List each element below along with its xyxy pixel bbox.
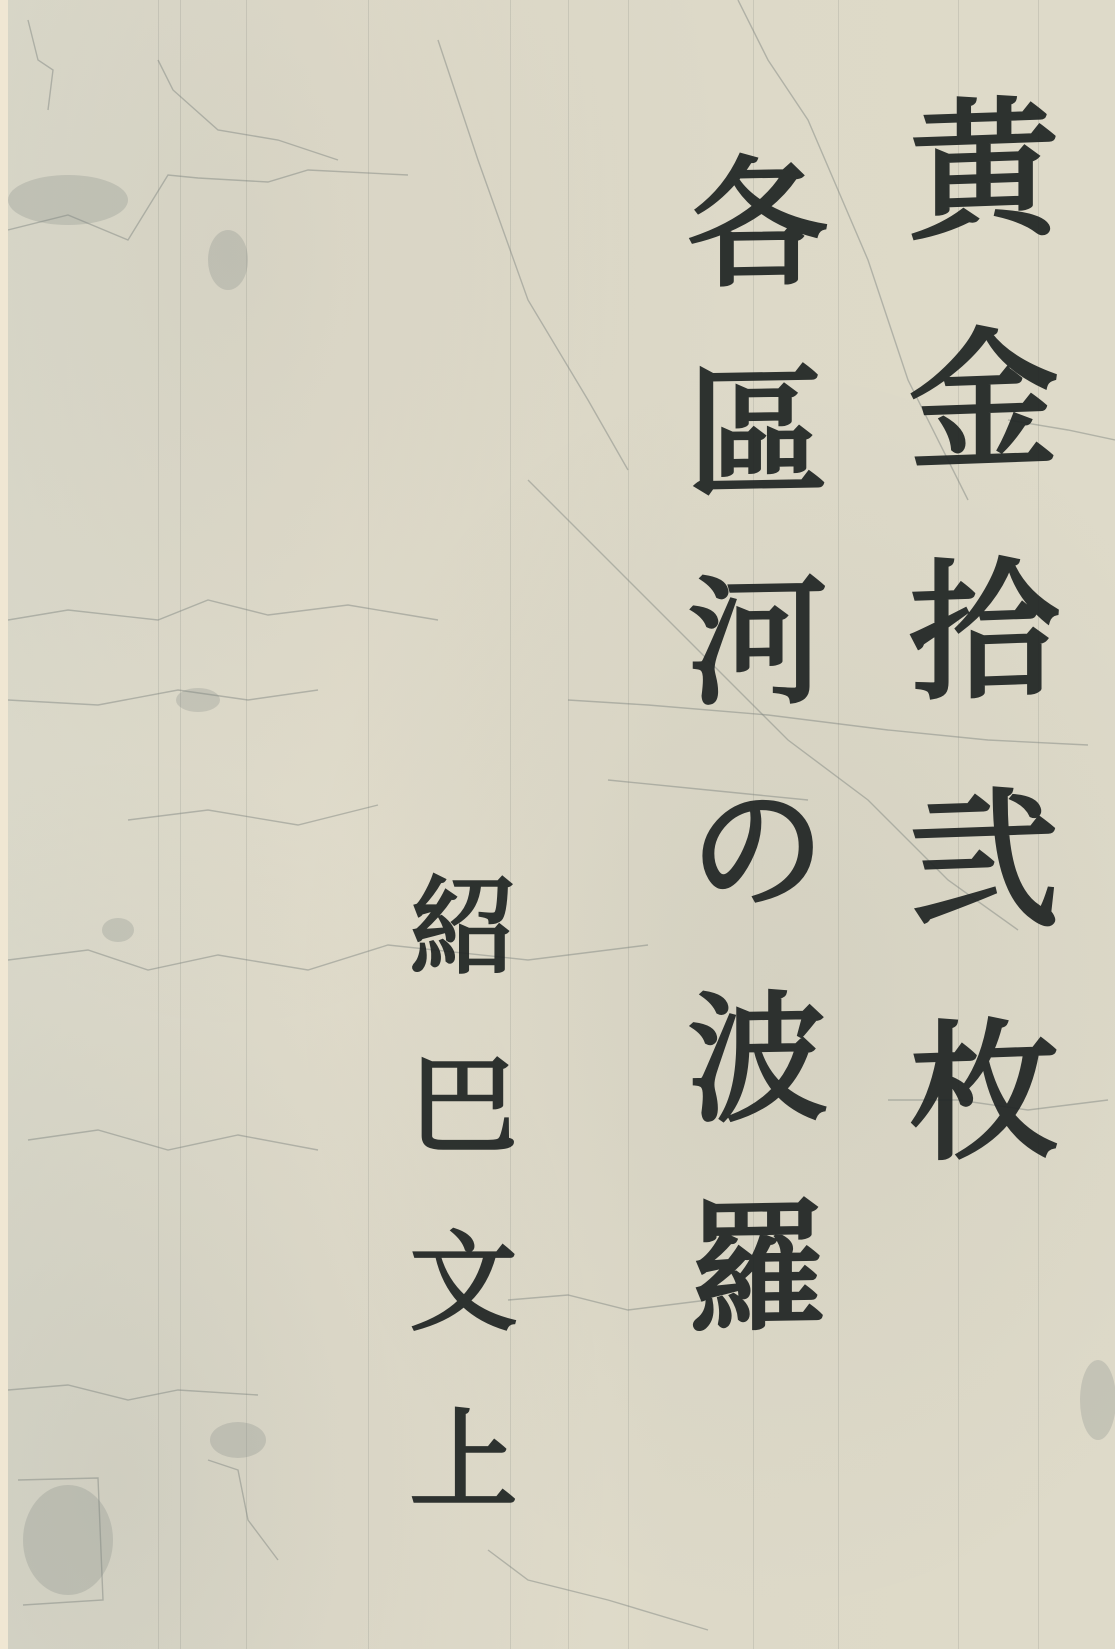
calligraphy-char: 羅 — [676, 1193, 816, 1345]
signature-char: 上 — [400, 1403, 508, 1527]
text-column-2: 各 區 河 の 波 羅 — [676, 149, 816, 1345]
calligraphy-char: の — [676, 775, 816, 927]
fold-line — [158, 0, 159, 1649]
signature-char: 紹 — [400, 870, 508, 994]
calligraphy-char: 枚 — [896, 1010, 1046, 1179]
signature-char: 文 — [400, 1225, 508, 1349]
calligraphy-char: 黄 — [896, 89, 1046, 258]
fold-line — [628, 0, 629, 1649]
calligraphy-char: 各 — [676, 149, 816, 301]
signature-column: 紹 巴 文 上 — [400, 870, 508, 1527]
calligraphy-char: 金 — [896, 320, 1046, 489]
fold-line — [180, 0, 181, 1649]
calligraphy-char: 波 — [676, 984, 816, 1136]
signature-char: 巴 — [400, 1048, 508, 1172]
fold-line — [368, 0, 369, 1649]
fold-line — [838, 0, 839, 1649]
aged-paper: 黄 金 拾 弐 枚 各 區 河 の 波 羅 紹 巴 文 上 — [8, 0, 1115, 1649]
fold-line — [246, 0, 247, 1649]
calligraphy-char: 區 — [676, 358, 816, 510]
text-column-1: 黄 金 拾 弐 枚 — [896, 89, 1046, 1179]
calligraphy-char: 河 — [676, 566, 816, 718]
fold-line — [568, 0, 569, 1649]
calligraphy-char: 拾 — [896, 550, 1046, 719]
calligraphy-char: 弐 — [896, 780, 1046, 949]
scan-frame: 黄 金 拾 弐 枚 各 區 河 の 波 羅 紹 巴 文 上 — [0, 0, 1115, 1649]
